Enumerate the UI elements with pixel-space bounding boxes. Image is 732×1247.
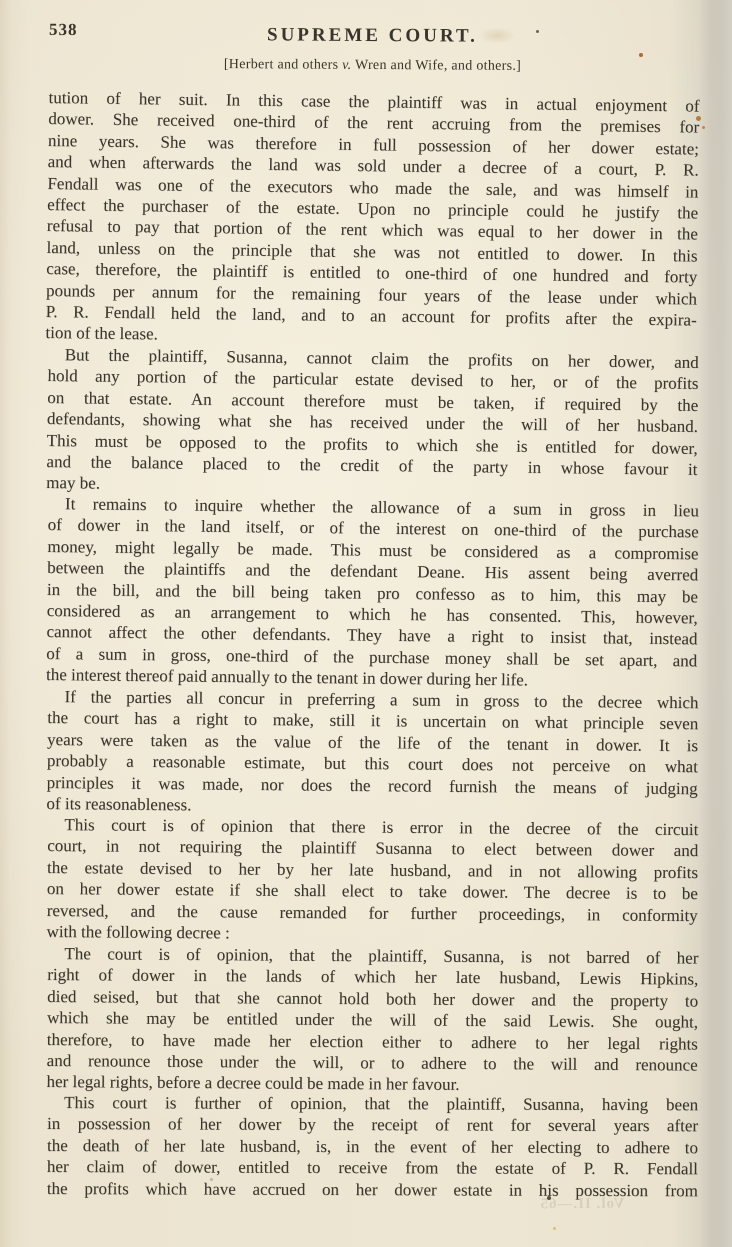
case-caption-pre: [Herbert and others (224, 57, 342, 73)
paragraph: If the parties all concur in preferring … (46, 686, 698, 821)
paragraph: This court is further of opinion, that t… (47, 1092, 698, 1201)
text-line: her claim of dower, entitled to receive … (47, 1157, 698, 1181)
running-header-title: SUPREME COURT. (47, 23, 698, 49)
paper-speck (547, 1196, 551, 1200)
paragraph: The court is of opinion, that the plaint… (46, 943, 698, 1097)
paper-speck (696, 116, 701, 121)
paragraph: tution of her suit. In this case the pla… (45, 87, 699, 352)
paper-speck (639, 53, 643, 57)
page-content: 538 SUPREME COURT. [Herbert and others v… (47, 0, 698, 1247)
page-left-edge-shading (0, 0, 10, 1247)
text-line: the death of her late husband, is, in th… (47, 1135, 698, 1159)
paper-speck (553, 1227, 556, 1230)
case-caption: [Herbert and others v. Wren and Wife, an… (47, 56, 698, 76)
paragraph: It remains to inquire whether the allowa… (46, 493, 699, 693)
show-through-volume-text: Vol. II.—65 (516, 1196, 648, 1214)
paper-speck (210, 1178, 213, 1181)
text-line: in possession of her dower by the receip… (47, 1114, 698, 1138)
body-text: tution of her suit. In this case the pla… (47, 87, 698, 1199)
paper-speck (702, 126, 705, 129)
paragraph: But the plaintiff, Susanna, cannot claim… (46, 344, 699, 502)
paper-speck (536, 30, 539, 33)
page-right-edge-shading (698, 0, 732, 1247)
text-line: This court is further of opinion, that t… (47, 1092, 698, 1116)
scanned-book-page: 538 SUPREME COURT. [Herbert and others v… (0, 0, 732, 1247)
case-caption-post: Wren and Wife, and others.] (351, 58, 521, 74)
paragraph: This court is of opinion that there is e… (46, 814, 698, 947)
paper-stain-smudge (478, 27, 516, 44)
